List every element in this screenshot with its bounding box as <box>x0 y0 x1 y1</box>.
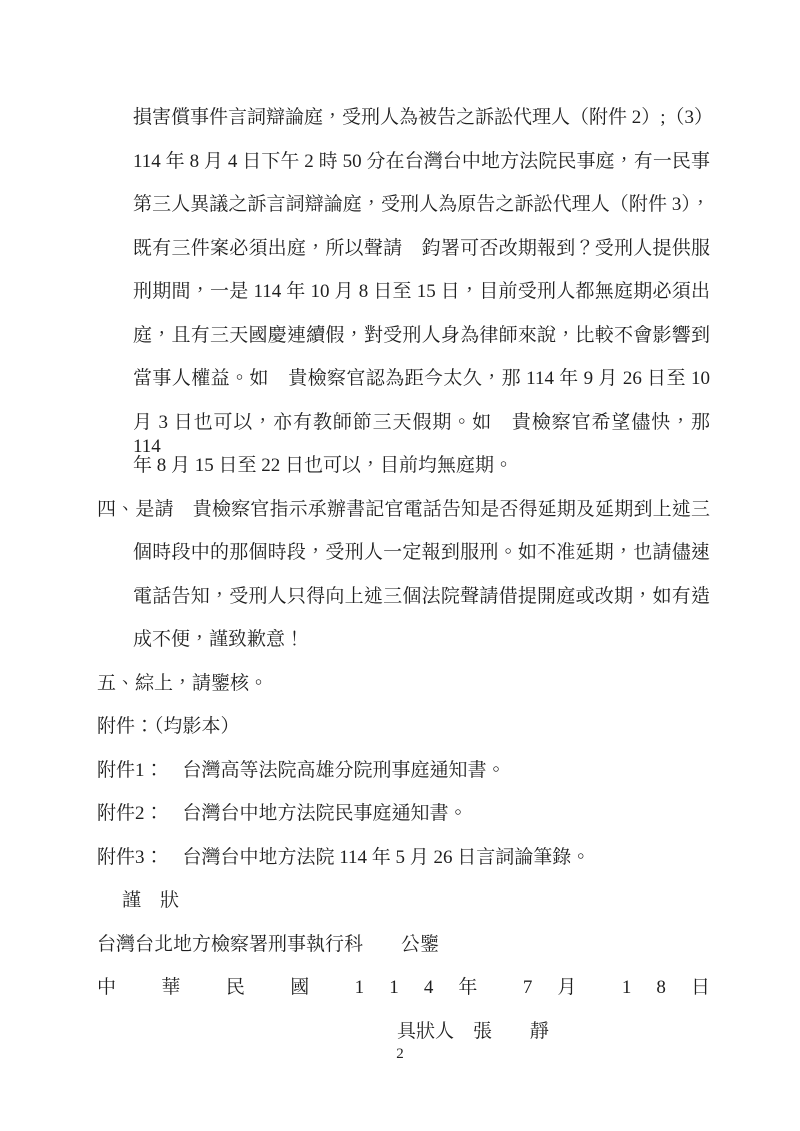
text-line: 損害償事件言詞辯論庭，受刑人為被告之訴訟代理人（附件 2）;（3） <box>133 106 710 150</box>
text-line: 既有三件案必須出庭，所以聲請 鈞署可否改期報到？受刑人提供服 <box>133 237 710 281</box>
text-line: 五、綜上，請鑒核。 <box>97 672 710 716</box>
text-line: 當事人權益。如 貴檢察官認為距今太久，那 114 年 9 月 26 日至 10 <box>133 367 710 411</box>
text-line: 114 年 8 月 4 日下午 2 時 50 分在台灣台中地方法院民事庭，有一民… <box>133 150 710 194</box>
text-line: 年 8 月 15 日至 22 日也可以，目前均無庭期。 <box>133 454 710 498</box>
text-line: 中 華 民 國 1 1 4 年 7 月 1 8 日 <box>97 976 710 1020</box>
document-body: 損害償事件言詞辯論庭，受刑人為被告之訴訟代理人（附件 2）;（3）114 年 8… <box>97 106 710 1063</box>
text-line: 附件：（均影本） <box>97 715 710 759</box>
text-line: 刑期間，一是 114 年 10 月 8 日至 15 日，目前受刑人都無庭期必須出 <box>133 280 710 324</box>
text-line: 庭，且有三天國慶連續假，對受刑人身為律師來說，比較不會影響到 <box>133 324 710 368</box>
text-line: 個時段中的那個時段，受刑人一定報到服刑。如不准延期，也請儘速 <box>133 541 710 585</box>
text-line: 台灣台北地方檢察署刑事執行科 公鑒 <box>97 933 710 977</box>
text-line: 附件1： 台灣高等法院高雄分院刑事庭通知書。 <box>97 759 710 803</box>
text-line: 成不便，謹致歉意！ <box>133 628 710 672</box>
text-line: 第三人異議之訴言詞辯論庭，受刑人為原告之訴訟代理人（附件 3）， <box>133 193 710 237</box>
document-page: 損害償事件言詞辯論庭，受刑人為被告之訴訟代理人（附件 2）;（3）114 年 8… <box>0 0 800 1131</box>
text-line: 四、是請 貴檢察官指示承辦書記官電話告知是否得延期及延期到上述三 <box>97 498 710 542</box>
text-line: 月 3 日也可以，亦有教師節三天假期。如 貴檢察官希望儘快，那 114 <box>133 411 710 455</box>
text-line: 謹 狀 <box>122 889 710 933</box>
text-line: 附件3： 台灣台中地方法院 114 年 5 月 26 日言詞論筆錄。 <box>97 846 710 890</box>
text-line: 電話告知，受刑人只得向上述三個法院聲請借提開庭或改期，如有造 <box>133 585 710 629</box>
text-line: 附件2： 台灣台中地方法院民事庭通知書。 <box>97 802 710 846</box>
page-number: 2 <box>0 1046 800 1063</box>
